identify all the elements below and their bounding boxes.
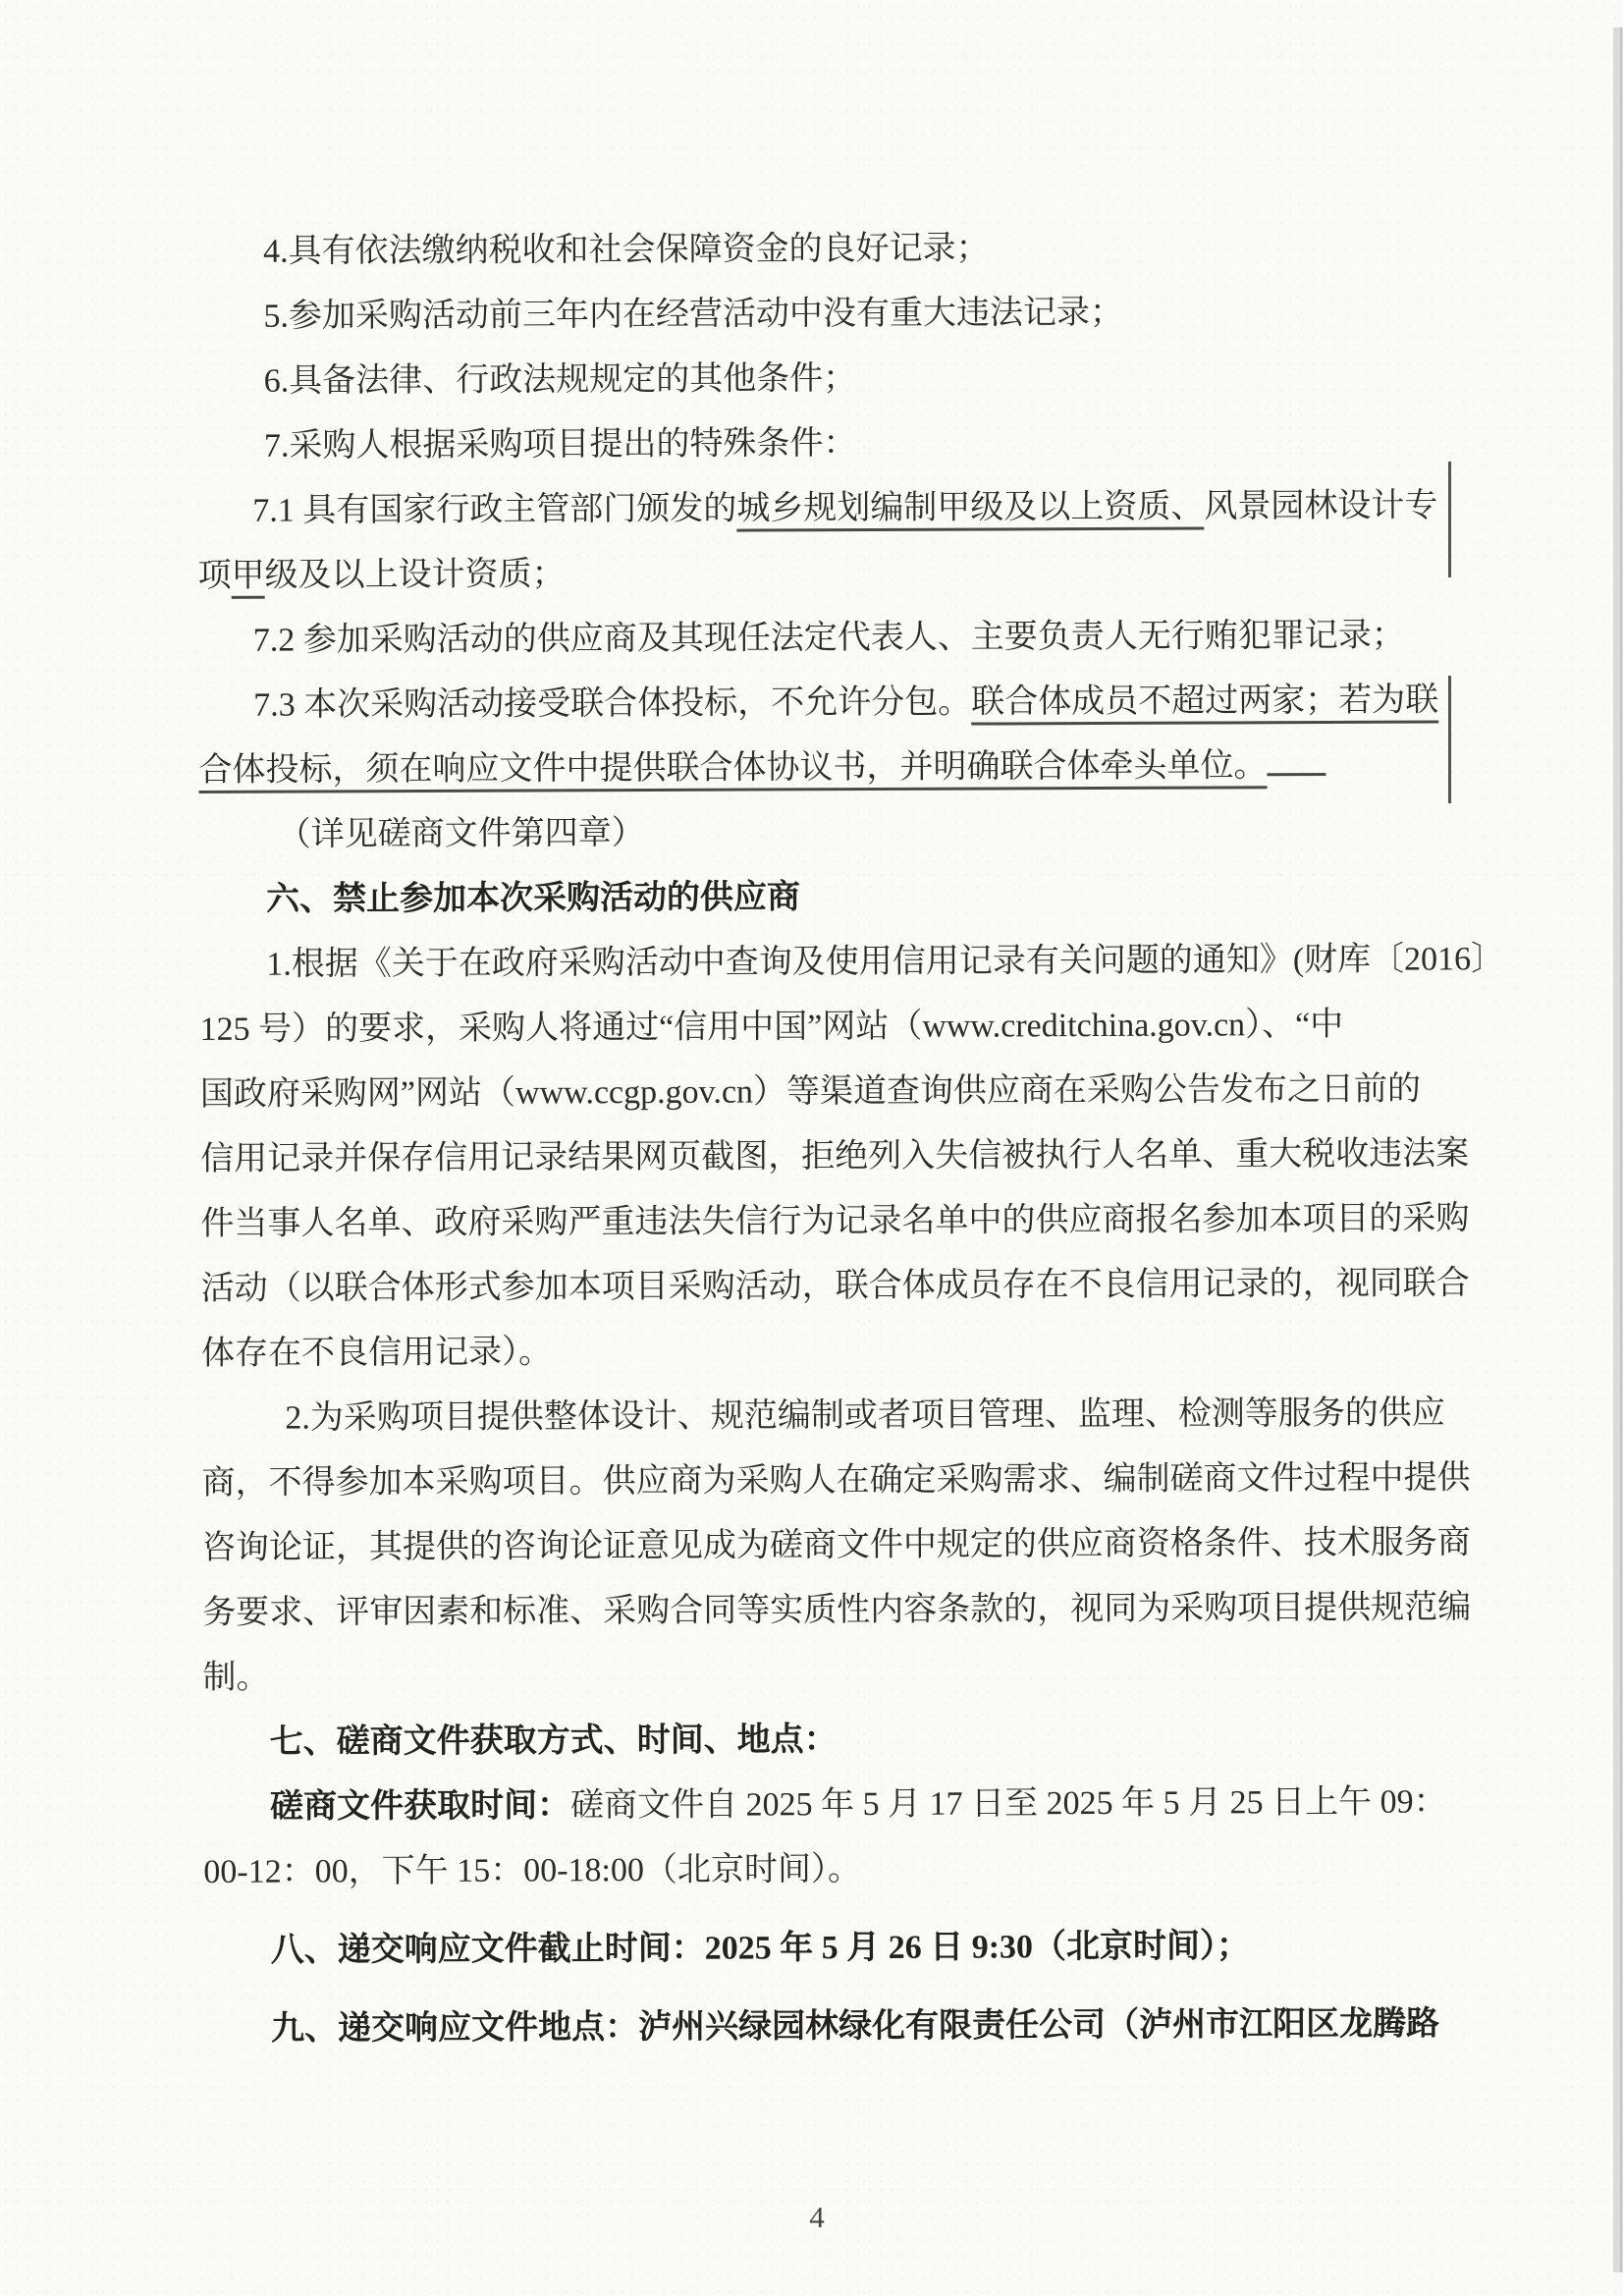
text-line: 商，不得参加本采购项目。供应商为采购人在确定采购需求、编制磋商文件过程中提供 (201, 1446, 1478, 1516)
text-line: 1.根据《关于在政府采购活动中查询及使用信用记录有关问题的通知》(财库〔2016… (199, 927, 1476, 998)
text-segment: 4.具有依法缴纳税收和社会保障资金的良好记录； (263, 230, 990, 269)
text-line: 六、禁止参加本次采购活动的供应商 (199, 862, 1476, 933)
text-line: 7.1 具有国家行政主管部门颁发的城乡规划编制甲级及以上资质、风景园林设计专 (197, 473, 1474, 544)
text-segment: 7.1 具有国家行政主管部门颁发的 (252, 491, 736, 529)
text-segment: （详见磋商文件第四章） (278, 815, 645, 853)
bold-text-segment: 八、递交响应文件截止时间：2025 年 5 月 26 日 9:30（北京时间）； (271, 1928, 1250, 1968)
text-segment: 风景园林设计专 (1204, 487, 1437, 524)
page-number: 4 (797, 2198, 837, 2237)
text-segment: 国政府采购网”网站（www.ccgp.gov.cn）等渠道查询供应商在采购公告发… (200, 1071, 1421, 1113)
underlined-text-segment: 联合体成员不超过两家；若为联 (971, 682, 1438, 725)
text-line: 00-12：00，下午 15：00-18:00（北京时间）。 (203, 1834, 1480, 1905)
text-segment: 项 (198, 558, 232, 594)
text-line: 七、磋商文件获取方式、时间、地点： (203, 1705, 1480, 1776)
text-segment: 6.具备法律、行政法规规定的其他条件； (264, 360, 857, 400)
text-segment: 件当事人名单、政府采购严重违法失信行为记录名单中的供应商报名参加本项目的采购 (200, 1200, 1469, 1242)
underlined-text-segment: 甲 (232, 558, 265, 599)
text-segment: 制。 (202, 1660, 269, 1696)
text-segment: 7.3 本次采购活动接受联合体投标，不允许分包。 (253, 684, 971, 724)
text-segment: 级及以上设计资质； (265, 556, 566, 593)
text-segment: 体存在不良信用记录）。 (201, 1334, 552, 1372)
underlined-text-segment: 合体投标，须在响应文件中提供联合体协议书，并明确联合体牵头单位。 (198, 747, 1267, 793)
text-line: 4.具有依法缴纳税收和社会保障资金的良好记录； (196, 214, 1473, 285)
text-segment: 磋商文件自 2025 年 5 月 17 日至 2025 年 5 月 25 日上午… (570, 1783, 1447, 1824)
text-segment: 5.参加采购活动前三年内在经营活动中没有重大违法记录； (263, 295, 1123, 335)
text-line: 体存在不良信用记录）。 (201, 1316, 1478, 1387)
bold-text-segment: 九、递交响应文件地点：泸州兴绿园林绿化有限责任公司（泸州市江阳区龙腾路 (271, 2005, 1439, 2047)
text-line: 磋商文件获取时间：磋商文件自 2025 年 5 月 17 日至 2025 年 5… (203, 1770, 1480, 1840)
text-segment: 7.2 参加采购活动的供应商及其现任法定代表人、主要负责人无行贿犯罪记录； (253, 618, 1405, 659)
text-segment: 7.采购人根据采购项目提出的特殊条件： (264, 425, 857, 465)
bold-text-segment: 磋商文件获取时间： (270, 1787, 570, 1825)
text-segment: 125 号）的要求，采购人将通过“信用中国”网站（www.creditchina… (200, 1007, 1344, 1048)
text-segment: 咨询论证，其提供的咨询论证意见成为磋商文件中规定的供应商资格条件、技术服务商 (202, 1524, 1471, 1566)
text-line: （详见磋商文件第四章） (199, 797, 1476, 868)
text-line: 活动（以联合体形式参加本项目采购活动，联合体成员存在不良信用记录的，视同联合 (201, 1251, 1478, 1322)
text-segment: 2.为采购项目提供整体设计、规范编制或者项目管理、监理、检测等服务的供应 (285, 1394, 1445, 1436)
text-segment: 00-12：00，下午 15：00-18:00（北京时间）。 (203, 1851, 861, 1890)
text-segment: 商，不得参加本采购项目。供应商为采购人在确定采购需求、编制磋商文件过程中提供 (202, 1459, 1471, 1502)
text-line: 7.2 参加采购活动的供应商及其现任法定代表人、主要负责人无行贿犯罪记录； (198, 603, 1475, 674)
bold-text-segment: 七、磋商文件获取方式、时间、地点： (270, 1722, 838, 1761)
text-line: 7.3 本次采购活动接受联合体投标，不允许分包。联合体成员不超过两家；若为联 (198, 668, 1475, 738)
text-segment: 1.根据《关于在政府采购活动中查询及使用信用记录有关问题的通知》(财库〔2016… (266, 941, 1504, 983)
text-line: 5.参加采购活动前三年内在经营活动中没有重大违法记录； (196, 279, 1473, 350)
underlined-text-segment (1267, 741, 1325, 776)
document-body: 4.具有依法缴纳税收和社会保障资金的良好记录；5.参加采购活动前三年内在经营活动… (196, 214, 1481, 2062)
text-line: 国政府采购网”网站（www.ccgp.gov.cn）等渠道查询供应商在采购公告发… (200, 1057, 1477, 1127)
text-segment: 务要求、评审因素和标准、采购合同等实质性内容条款的，视同为采购项目提供规范编 (202, 1589, 1471, 1631)
text-line: 2.为采购项目提供整体设计、规范编制或者项目管理、监理、检测等服务的供应 (201, 1381, 1478, 1451)
text-line: 务要求、评审因素和标准、采购合同等实质性内容条款的，视同为采购项目提供规范编 (202, 1575, 1479, 1646)
underlined-text-segment: 城乡规划编制甲级及以上资质、 (736, 489, 1204, 532)
scanned-document-page: 4.具有依法缴纳税收和社会保障资金的良好记录；5.参加采购活动前三年内在经营活动… (0, 0, 1623, 2296)
text-line: 7.采购人根据采购项目提出的特殊条件： (197, 409, 1474, 479)
scan-edge-line (1620, 27, 1622, 2272)
text-segment: 活动（以联合体形式参加本项目采购活动，联合体成员存在不良信用记录的，视同联合 (201, 1265, 1470, 1307)
text-segment: 信用记录并保存信用记录结果网页截图，拒绝列入失信被执行人名单、重大税收违法案 (200, 1135, 1469, 1177)
margin-revision-bar (1448, 462, 1451, 577)
margin-revision-bar (1448, 676, 1451, 803)
scan-edge-artifact (1613, 27, 1623, 2272)
text-line: 件当事人名单、政府采购严重违法失信行为记录名单中的供应商报名参加本项目的采购 (200, 1186, 1477, 1257)
text-line: 咨询论证，其提供的咨询论证意见成为磋商文件中规定的供应商资格条件、技术服务商 (202, 1510, 1479, 1581)
text-line: 项甲级及以上设计资质； (197, 538, 1474, 609)
text-line: 信用记录并保存信用记录结果网页截图，拒绝列入失信被执行人名单、重大税收违法案 (200, 1121, 1477, 1192)
text-line: 125 号）的要求，采购人将通过“信用中国”网站（www.creditchina… (199, 992, 1476, 1063)
text-line: 合体投标，须在响应文件中提供联合体协议书，并明确联合体牵头单位。 (198, 733, 1475, 803)
text-line: 制。 (202, 1640, 1479, 1711)
bold-text-segment: 六、禁止参加本次采购活动的供应商 (266, 879, 800, 917)
text-line: 6.具备法律、行政法规规定的其他条件； (197, 344, 1474, 414)
text-line: 九、递交响应文件地点：泸州兴绿园林绿化有限责任公司（泸州市江阳区龙腾路 (204, 1992, 1481, 2062)
text-line: 八、递交响应文件截止时间：2025 年 5 月 26 日 9:30（北京时间）； (204, 1913, 1481, 1984)
